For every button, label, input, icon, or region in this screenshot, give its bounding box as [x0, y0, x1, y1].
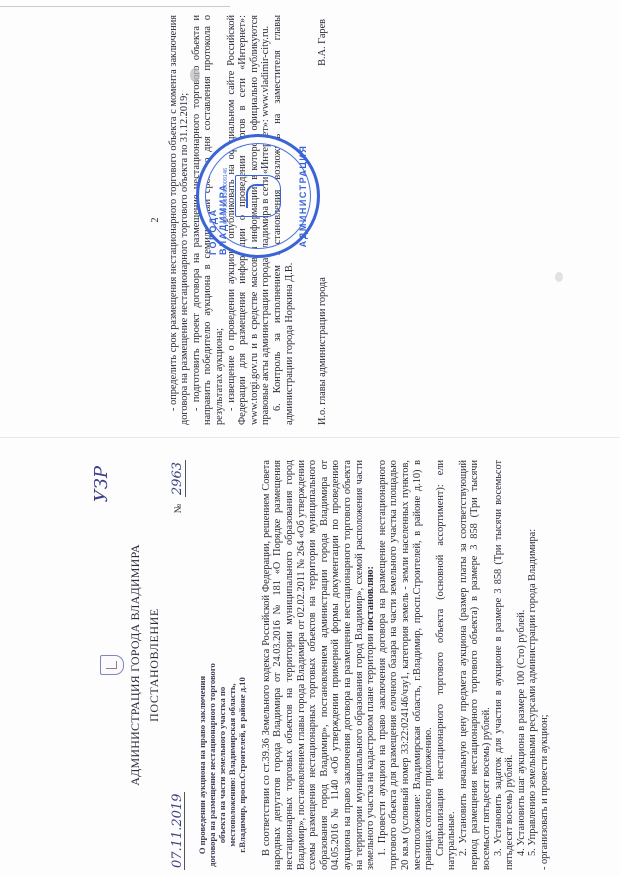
stamp-ring-bottom: АДМИНИСТРАЦИЯ	[298, 137, 308, 255]
coat-of-arms-icon	[100, 655, 124, 675]
scan-edge-line	[0, 6, 230, 7]
preamble-text: В соответствии со ст.39.36 Земельного ко…	[261, 460, 376, 870]
paragraph: - определить срок размещения нестационар…	[168, 15, 191, 425]
official-stamp: ГОРОДА ВЛАДИМИРА ОГРН 1033302009146 АДМИ…	[196, 134, 320, 258]
scan-smudge	[555, 272, 563, 282]
page-number: 2	[150, 15, 162, 425]
document-header: АДМИНИСТРАЦИЯ ГОРОДА ВЛАДИМИРА ПОСТАНОВЛ…	[100, 460, 160, 870]
item: Специализация нестационарного торгового …	[435, 460, 458, 870]
signatory-name: В.А. Гарев	[317, 15, 329, 66]
preamble: В соответствии со ст.39.36 Земельного ко…	[261, 460, 377, 870]
item: 2. Установить начальную цену предмета ау…	[458, 460, 493, 870]
coat-of-arms-icon	[235, 175, 281, 217]
document-type: ПОСТАНОВЛЕНИЕ	[149, 460, 161, 870]
page-1: АДМИНИСТРАЦИЯ ГОРОДА ВЛАДИМИРА ПОСТАНОВЛ…	[100, 460, 600, 870]
item: - организовать и провести аукцион;	[539, 460, 551, 870]
number-label: №	[173, 504, 184, 514]
item: 3. Установить задаток для участия в аукц…	[493, 460, 516, 870]
document-number: 2963	[170, 460, 186, 497]
signature-block: И.о. главы администрации города В.А. Гар…	[317, 15, 329, 425]
item: 5. Управлению земельными ресурсами админ…	[527, 460, 539, 870]
page-divider	[0, 437, 620, 438]
scan-smudge	[190, 68, 200, 82]
signatory-position: И.о. главы администрации города	[317, 277, 329, 425]
document-date: 07.11.2019	[172, 792, 185, 870]
stamp-ogrn: ОГРН 1033302009146	[223, 137, 229, 255]
date-number-row: 07.11.2019 № 2963	[172, 460, 185, 870]
handwritten-mark: УЗР	[96, 466, 108, 502]
item: 1. Провести аукцион на право заключения …	[377, 460, 435, 870]
item: 4. Установить шаг аукциона в размере 100…	[516, 460, 528, 870]
preamble-keyword: постановляю:	[365, 566, 376, 631]
organization-title: АДМИНИСТРАЦИЯ ГОРОДА ВЛАДИМИРА	[130, 460, 142, 870]
document-subject: О проведении аукциона на право заключени…	[197, 660, 247, 870]
